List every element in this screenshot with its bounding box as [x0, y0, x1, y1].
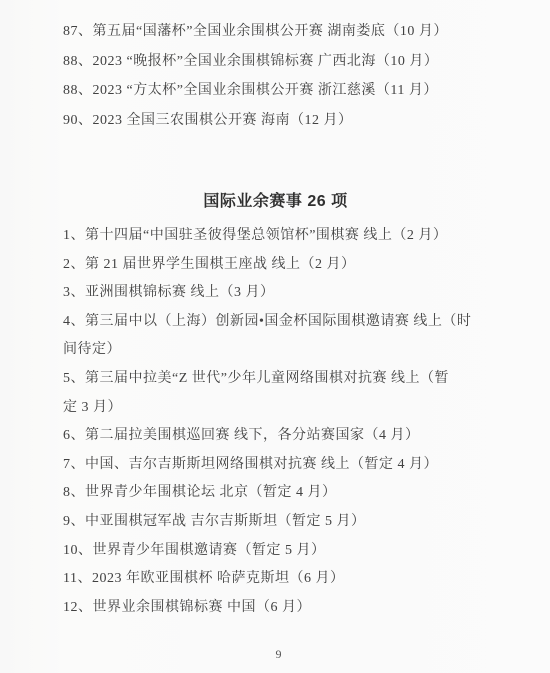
- list-item-line: 9、中亚围棋冠军战 吉尔吉斯斯坦（暂定 5 月）: [63, 508, 512, 537]
- list-item: 5、第三届中拉美“Z 世代”少年儿童网络围棋对抗赛 线上（暂 定 3 月）: [63, 365, 512, 422]
- list-item: 8、世界青少年围棋论坛 北京（暂定 4 月）: [63, 479, 512, 508]
- list-item: 1、第十四届“中国驻圣彼得堡总领馆杯”围棋赛 线上（2 月）: [63, 222, 512, 251]
- list-item-line: 定 3 月）: [63, 394, 512, 423]
- list-item-line: 4、第三届中以（上海）创新园•国金杯国际围棋邀请赛 线上（时: [63, 308, 512, 337]
- list-item-line: 10、世界青少年围棋邀请赛（暂定 5 月）: [63, 537, 512, 566]
- list-item: 88、2023 “晚报杯”全国业余围棋锦标赛 广西北海（10 月）: [63, 47, 512, 77]
- national-events-list: 87、第五届“国藩杯”全国业余围棋公开赛 湖南娄底（10 月） 88、2023 …: [63, 17, 512, 135]
- list-item: 9、中亚围棋冠军战 吉尔吉斯斯坦（暂定 5 月）: [63, 508, 512, 537]
- list-item-line: 12、世界业余围棋锦标赛 中国（6 月）: [63, 594, 512, 623]
- list-item: 3、亚洲围棋锦标赛 线上（3 月）: [63, 279, 512, 308]
- list-item: 12、世界业余围棋锦标赛 中国（6 月）: [63, 594, 512, 623]
- list-item: 10、世界青少年围棋邀请赛（暂定 5 月）: [63, 537, 512, 566]
- list-item-line: 8、世界青少年围棋论坛 北京（暂定 4 月）: [63, 479, 512, 508]
- list-item-line: 间待定）: [63, 336, 512, 365]
- list-item: 90、2023 全国三农围棋公开赛 海南（12 月）: [63, 106, 512, 136]
- list-item: 7、中国、吉尔吉斯斯坦网络围棋对抗赛 线上（暂定 4 月）: [63, 451, 512, 480]
- page-number: 9: [63, 646, 512, 662]
- list-item-line: 5、第三届中拉美“Z 世代”少年儿童网络围棋对抗赛 线上（暂: [63, 365, 512, 394]
- list-item: 6、第二届拉美围棋巡回赛 线下，各分站赛国家（4 月）: [63, 422, 512, 451]
- list-item-line: 2、第 21 届世界学生围棋王座战 线上（2 月）: [63, 251, 512, 280]
- list-item-line: 11、2023 年欧亚围棋杯 哈萨克斯坦（6 月）: [63, 565, 512, 594]
- document-page: 87、第五届“国藩杯”全国业余围棋公开赛 湖南娄底（10 月） 88、2023 …: [0, 0, 550, 673]
- list-item-line: 3、亚洲围棋锦标赛 线上（3 月）: [63, 279, 512, 308]
- list-item: 2、第 21 届世界学生围棋王座战 线上（2 月）: [63, 251, 512, 280]
- list-item: 88、2023 “方太杯”全国业余围棋公开赛 浙江慈溪（11 月）: [63, 76, 512, 106]
- list-item: 87、第五届“国藩杯”全国业余围棋公开赛 湖南娄底（10 月）: [63, 17, 512, 47]
- list-item: 11、2023 年欧亚围棋杯 哈萨克斯坦（6 月）: [63, 565, 512, 594]
- list-item: 4、第三届中以（上海）创新园•国金杯国际围棋邀请赛 线上（时 间待定）: [63, 308, 512, 365]
- list-item-line: 6、第二届拉美围棋巡回赛 线下，各分站赛国家（4 月）: [63, 422, 512, 451]
- international-events-list: 1、第十四届“中国驻圣彼得堡总领馆杯”围棋赛 线上（2 月） 2、第 21 届世…: [63, 222, 512, 622]
- list-item-line: 1、第十四届“中国驻圣彼得堡总领馆杯”围棋赛 线上（2 月）: [63, 222, 512, 251]
- list-item-line: 7、中国、吉尔吉斯斯坦网络围棋对抗赛 线上（暂定 4 月）: [63, 451, 512, 480]
- international-section-heading: 国际业余赛事 26 项: [63, 191, 488, 213]
